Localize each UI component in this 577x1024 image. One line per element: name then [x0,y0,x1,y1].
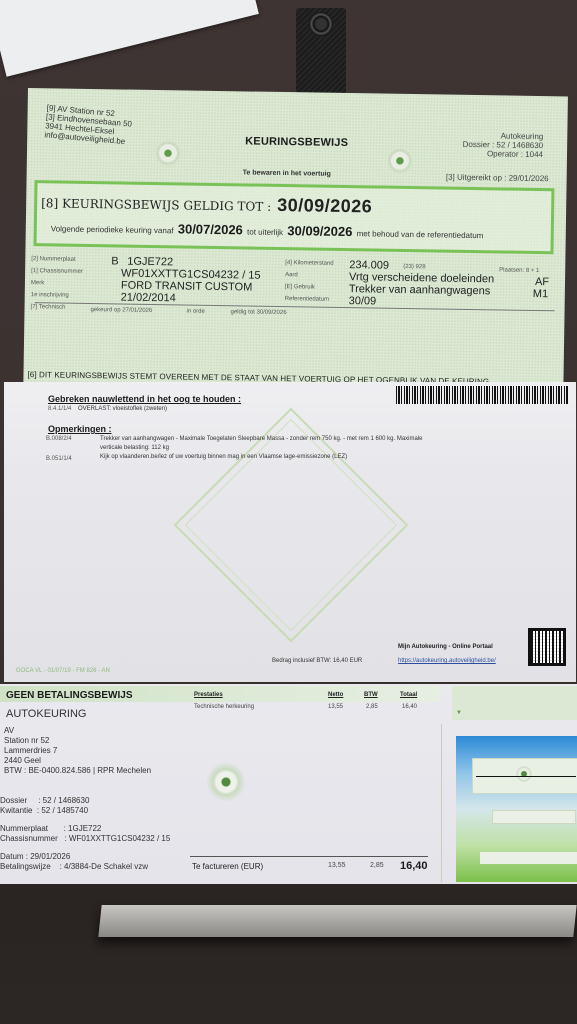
watermark-diamond [174,408,409,643]
certificate-title: KEURINGSBEWIJS [245,135,348,149]
total-netto: 13,55 [328,862,346,869]
next-mid: tot uiterlijk [247,227,283,237]
emblem-icon [387,148,413,174]
emblem-icon [206,762,246,802]
invoice-subtitle: AUTOKEURING [6,708,86,720]
invoice-references: Dossier : 52 / 1468630 Kwitantie : 52 / … [0,796,89,816]
emblem-icon [516,766,532,782]
total-divider [190,856,428,857]
kind-code: AF [535,276,549,288]
tech-checked: gekeurd op 27/01/2026 [90,307,152,314]
next-inspection-line: Volgende periodieke keuring vanaf 30/07/… [51,219,484,241]
ref-value: 30/09 [349,295,377,307]
btw-cell: 2,85 [366,704,378,710]
side-panel-top [452,686,577,720]
remark-text: Kijk op vlaanderen.be/lez of uw voertuig… [100,454,347,460]
inspection-certificate: [9] AV Station nr 52 [3] Eindhovensebaan… [23,88,568,396]
certificate-meta: Autokeuring Dossier : 52 / 1468630 Opera… [462,131,543,159]
folder-base [98,905,576,937]
first-reg-label: 1e inschrijving [31,292,69,299]
portal-title: Mijn Autokeuring - Online Portaal [398,644,493,650]
total-amount: 16,40 [400,860,428,872]
km-code: (23) 928 [403,264,425,270]
defects-heading: Gebreken nauwlettend in het oog te houde… [48,394,241,404]
kind-label: Aard [285,272,298,278]
column-header: Netto [328,692,343,698]
remarks-sheet: Gebreken nauwlettend in het oog te houde… [4,382,576,682]
date-line: Datum : 29/01/2026 [0,852,148,862]
plate-prefix: B [111,255,119,267]
chassis-label: [1] Chassisnummer [31,268,83,275]
invoice: GEEN BETALINGSBEWIJS AUTOKEURING AV Stat… [0,684,577,884]
address-line: Station nr 52 [4,736,151,746]
remark-text: Trekker van aanhangwagen - Maximale Toeg… [100,436,423,442]
vehicle-details: [2] Nummerplaat B 1GJE722 [1] Chassisnum… [31,254,559,262]
kwitantie-line: Kwitantie : 52 / 1485740 [0,806,89,816]
emblem-icon [155,140,181,166]
netto-cell: 13,55 [328,704,343,710]
invoice-vehicle: Nummerplaat : 1GJE722 Chassisnummer : WF… [0,824,170,844]
tech-label: [7] Technisch [31,304,66,311]
side-card [456,736,577,882]
invoice-address: AV Station nr 52 Lammerdries 7 2440 Geel… [4,726,151,776]
dossier-line: Dossier : 52 / 1468630 [0,796,89,806]
remark-code: B.051/1/4 [46,456,72,462]
operator-number: Operator : 1044 [462,149,543,159]
address-line: AV [4,726,151,736]
use-label: [E] Gebruik [285,284,315,290]
remark-code: B.008/2/4 [46,436,72,442]
side-card-line [476,776,576,777]
valid-until-date: 30/09/2026 [277,195,372,216]
side-card-field [480,852,577,864]
service-cell: Technische herkeuring [194,704,254,710]
background-paper [0,0,259,77]
remark-text-cont: verticale belasting: 112 kg [100,445,169,451]
invoice-payment: Datum : 29/01/2026 Betalingswijze : 4/38… [0,852,148,872]
amount-note: Bedrag inclusief BTW: 16,40 EUR [272,658,362,664]
tech-status: in orde [186,309,204,315]
next-suffix: met behoud van de referentiedatum [357,229,484,240]
km-label: [4] Kilometerstand [285,260,333,267]
chassis-line: Chassisnummer : WF01XXTTG1CS04232 / 15 [0,834,170,844]
column-header: BTW [364,692,378,698]
barcode [396,386,568,404]
ref-label: Referentiedatum [285,296,329,303]
tech-valid: geldig tot 30/09/2026 [230,309,286,316]
next-from-date: 30/07/2026 [178,221,243,237]
issue-date: [3] Uitgereikt op : 29/01/2026 [446,173,549,184]
plate-label: [2] Nummerplaat [31,256,75,263]
next-prefix: Volgende periodieke keuring vanaf [51,224,174,235]
next-until-date: 30/09/2026 [287,223,352,239]
defect-code: 8.4.1/1/4 [48,406,71,412]
column-header: Prestaties [194,692,223,698]
vat-line: BTW : BE-0400.824.586 | RPR Mechelen [4,766,151,776]
address-line: 2440 Geel [4,756,151,766]
make-label: Merk [31,280,44,286]
invoice-title: GEEN BETALINGSBEWIJS [6,690,133,701]
km-value: 234.009 [349,259,389,272]
defect-text: OVERLAST: vloeistoflek (zweten) [78,406,167,412]
seats-value: Plaatsen: 8 + 1 [499,267,539,274]
portal-link[interactable]: https://autokeuring.autoveiligheid.be/ [398,658,496,664]
totaal-cell: 16,40 [402,704,417,710]
form-code: GOCA VL - 01/07/19 - FM 826 - AN [16,668,110,674]
address-line: Lammerdries 7 [4,746,151,756]
caret-down-icon: ▼ [456,710,462,716]
use-code: M1 [533,288,548,300]
validity-line: [8] KEURINGSBEWIJS GELDIG TOT :30/09/202… [41,191,372,217]
remarks-heading: Opmerkingen : [48,424,112,434]
certificate-subtitle: Te bewaren in het voertuig [243,169,331,177]
snap-button-icon [309,12,333,36]
validity-box: [8] KEURINGSBEWIJS GELDIG TOT :30/09/202… [34,180,555,254]
payment-line: Betalingswijze : 4/3884-De Schakel vzw [0,862,148,872]
qr-code[interactable] [528,628,566,666]
plate-value: 1GJE722 [127,256,173,269]
first-reg-value: 21/02/2014 [121,291,176,304]
plate-line: Nummerplaat : 1GJE722 [0,824,170,834]
total-btw: 2,85 [370,862,384,869]
validity-label: [8] KEURINGSBEWIJS GELDIG TOT : [41,196,271,214]
side-card-field [492,810,576,824]
column-header: Totaal [400,692,417,698]
total-label: Te factureren (EUR) [192,862,263,871]
station-address: [9] AV Station nr 52 [3] Eindhovensebaan… [44,103,133,146]
